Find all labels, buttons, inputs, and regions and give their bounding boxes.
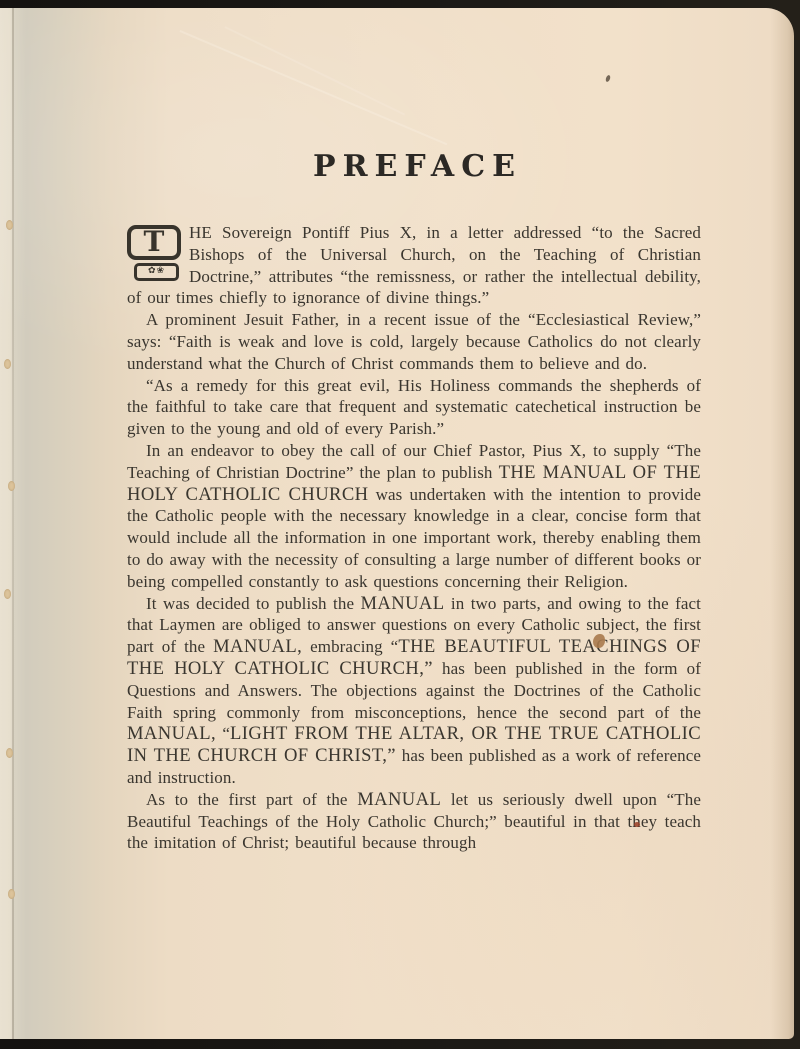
drop-cap-letter: T: [144, 228, 165, 256]
drop-cap: T✿❀: [127, 225, 181, 281]
page-title: PREFACE: [127, 151, 701, 183]
binding-stitch: [6, 220, 13, 230]
scan-scratch: [225, 26, 405, 115]
drop-cap-letter-box: T: [127, 225, 181, 260]
preface-body: T✿❀HE Sovereign Pontiff Pius X, in a let…: [127, 222, 701, 854]
preface-paragraph: As to the first part of the MANUAL let u…: [127, 789, 701, 854]
binding-stitch: [6, 748, 13, 758]
body-text: A prominent Jesuit Father, in a recent i…: [127, 310, 701, 373]
preface-paragraph: It was decided to publish the MANUAL in …: [127, 593, 701, 789]
body-text: “As a remedy for this great evil, His Ho…: [127, 376, 701, 439]
scanned-book-spread: PREFACE T✿❀HE Sovereign Pontiff Pius X, …: [0, 0, 800, 1049]
binding-stitch: [8, 889, 15, 899]
caps-emphasis-text: MANUAL: [357, 789, 441, 810]
body-text: “: [216, 724, 230, 743]
body-text: embracing “: [302, 637, 398, 656]
caps-emphasis-text: MANUAL,: [213, 636, 302, 657]
body-text: HE Sovereign Pontiff Pius X, in a letter…: [127, 223, 701, 307]
preface-paragraph: T✿❀HE Sovereign Pontiff Pius X, in a let…: [127, 222, 701, 309]
body-text: It was decided to publish the: [146, 594, 361, 613]
caps-emphasis-text: MANUAL,: [127, 723, 216, 744]
drop-cap-ornament-icon: ✿❀: [134, 263, 179, 281]
caps-emphasis-text: MANUAL: [361, 593, 445, 614]
binding-stitch: [4, 589, 11, 599]
preface-paragraph: A prominent Jesuit Father, in a recent i…: [127, 309, 701, 374]
page-content: PREFACE T✿❀HE Sovereign Pontiff Pius X, …: [127, 151, 701, 854]
scan-scratch: [180, 30, 448, 145]
body-text: As to the first part of the: [146, 790, 357, 809]
preface-paragraph: “As a remedy for this great evil, His Ho…: [127, 375, 701, 440]
binding-stitch: [8, 481, 15, 491]
scan-stain: [634, 822, 640, 827]
page-gutter-crease: [12, 8, 14, 1039]
binding-stitch: [4, 359, 11, 369]
scan-speck: [605, 75, 611, 83]
preface-paragraph: In an endeavor to obey the call of our C…: [127, 440, 701, 593]
book-page: PREFACE T✿❀HE Sovereign Pontiff Pius X, …: [0, 8, 794, 1039]
